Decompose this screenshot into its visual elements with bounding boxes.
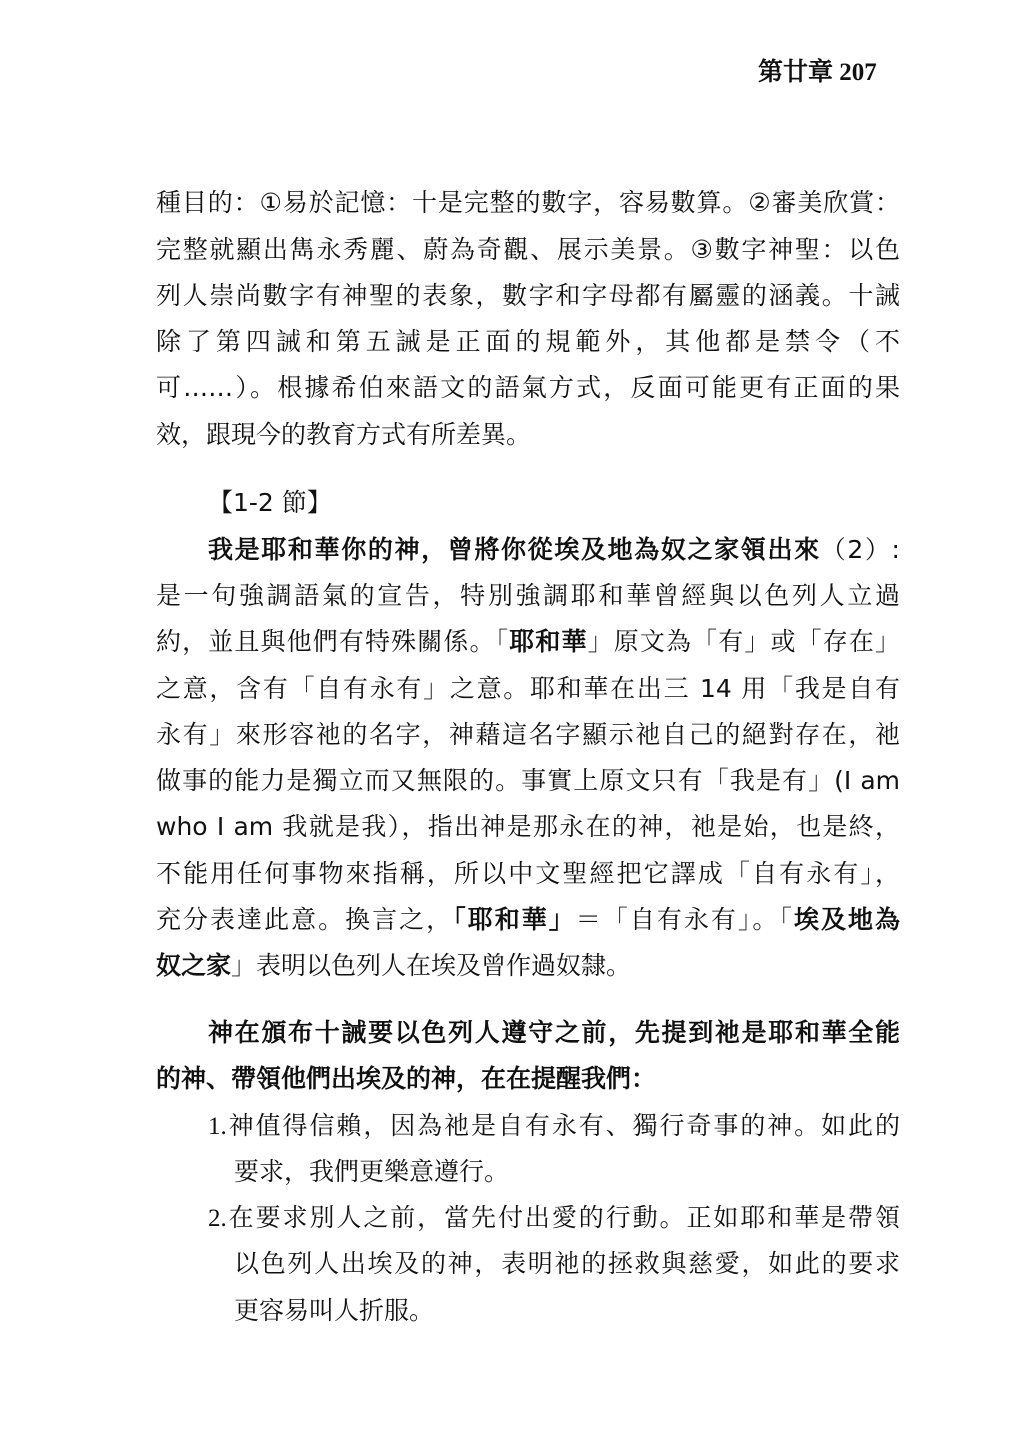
text-line: 不能用任何事物來指稱，所以中文聖經把它譯成「自有永有」， [156, 859, 900, 889]
list-item: 1.神值得信賴，因為祂是自有永有、獨行奇事的神。如此的 [208, 1111, 900, 1142]
text-line: 永有」來形容祂的名字，神藉這名字顯示祂自己的絕對存在，祂 [156, 720, 900, 750]
emphasis-house-of-bondage: 埃及地為 [794, 905, 900, 934]
text-line: 做事的能力是獨立而又無限的。事實上原文只有「我是有」(I am [156, 766, 900, 796]
emphasis-yahweh: 耶和華 [509, 627, 587, 656]
text-span: 充分表達此意。換言之， [156, 905, 453, 934]
verse-reference: （2）: [821, 535, 900, 564]
section-heading: 【1-2 節】 [208, 488, 900, 518]
chapter-label: 第廿章 [758, 59, 833, 86]
text-span: 在要求別人之前，當先付出愛的行動。 [227, 1203, 687, 1232]
emphasis-yahweh: 「耶和華」 [453, 905, 576, 934]
list-item-continuation: 要求，我們更樂意遵行。 [234, 1157, 900, 1187]
verse-line: 我是耶和華你的神，曾將你從埃及地為奴之家領出來（2）: [208, 535, 900, 565]
text-line: who I am 我就是我），指出神是那永在的神，祂是始，也是終， [156, 812, 900, 842]
text-span: 」表明以色列人在埃及曾作過奴隸。 [231, 951, 631, 980]
page-header: 第廿章 207 [758, 52, 877, 88]
text-line: 充分表達此意。換言之，「耶和華」＝「自有永有」。「埃及地為 [156, 905, 900, 935]
page-number: 207 [839, 59, 877, 86]
text-line: 奴之家」表明以色列人在埃及曾作過奴隸。 [156, 951, 900, 981]
text-span: ＝「自有永有」。「 [576, 905, 794, 934]
text-span: 」原文為「有」或「存在」 [588, 627, 900, 656]
text-span: 約，並且與他們有特殊關係。「 [156, 627, 509, 656]
text-line: 完整就顯出雋永秀麗、蔚為奇觀、展示美景。③數字神聖：以色 [156, 235, 900, 265]
emphasis-house-of-bondage: 奴之家 [156, 951, 231, 980]
list-number: 2. [208, 1205, 227, 1232]
text-line: 效，跟現今的教育方式有所差異。 [156, 420, 900, 450]
list-number: 1. [208, 1113, 227, 1140]
text-span: 神值得信賴，因為祂是自有永有、獨行奇事的神。 [227, 1111, 821, 1140]
text-span: 正如耶和華是帶領 [686, 1203, 900, 1232]
text-line: 的神、帶領他們出埃及的神，在在提醒我們： [156, 1064, 900, 1094]
list-item: 2.在要求別人之前，當先付出愛的行動。正如耶和華是帶領 [208, 1203, 900, 1234]
text-line: 可……）。根據希伯來語文的語氣方式，反面可能更有正面的果 [156, 373, 900, 403]
list-item-continuation: 更容易叫人折服。 [234, 1296, 900, 1326]
list-item-continuation: 以色列人出埃及的神，表明祂的拯救與慈愛，如此的要求 [234, 1249, 900, 1279]
text-line: 之意，含有「自有永有」之意。耶和華在出三 14 用「我是自有 [156, 674, 900, 704]
text-line: 種目的：①易於記憶：十是完整的數字，容易數算。②審美欣賞： [156, 188, 900, 218]
text-line: 神在頒布十誡要以色列人遵守之前，先提到祂是耶和華全能 [208, 1018, 900, 1048]
text-line: 約，並且與他們有特殊關係。「耶和華」原文為「有」或「存在」 [156, 627, 900, 657]
verse-quote: 我是耶和華你的神，曾將你從埃及地為奴之家領出來 [208, 535, 821, 564]
text-span: 如此的 [821, 1111, 900, 1140]
text-line: 列人崇尚數字有神聖的表象，數字和字母都有屬靈的涵義。十誡 [156, 281, 900, 311]
text-line: 是一句強調語氣的宣告，特別強調耶和華曾經與以色列人立過 [156, 581, 900, 611]
text-line: 除了第四誡和第五誡是正面的規範外，其他都是禁令（不 [156, 327, 900, 357]
